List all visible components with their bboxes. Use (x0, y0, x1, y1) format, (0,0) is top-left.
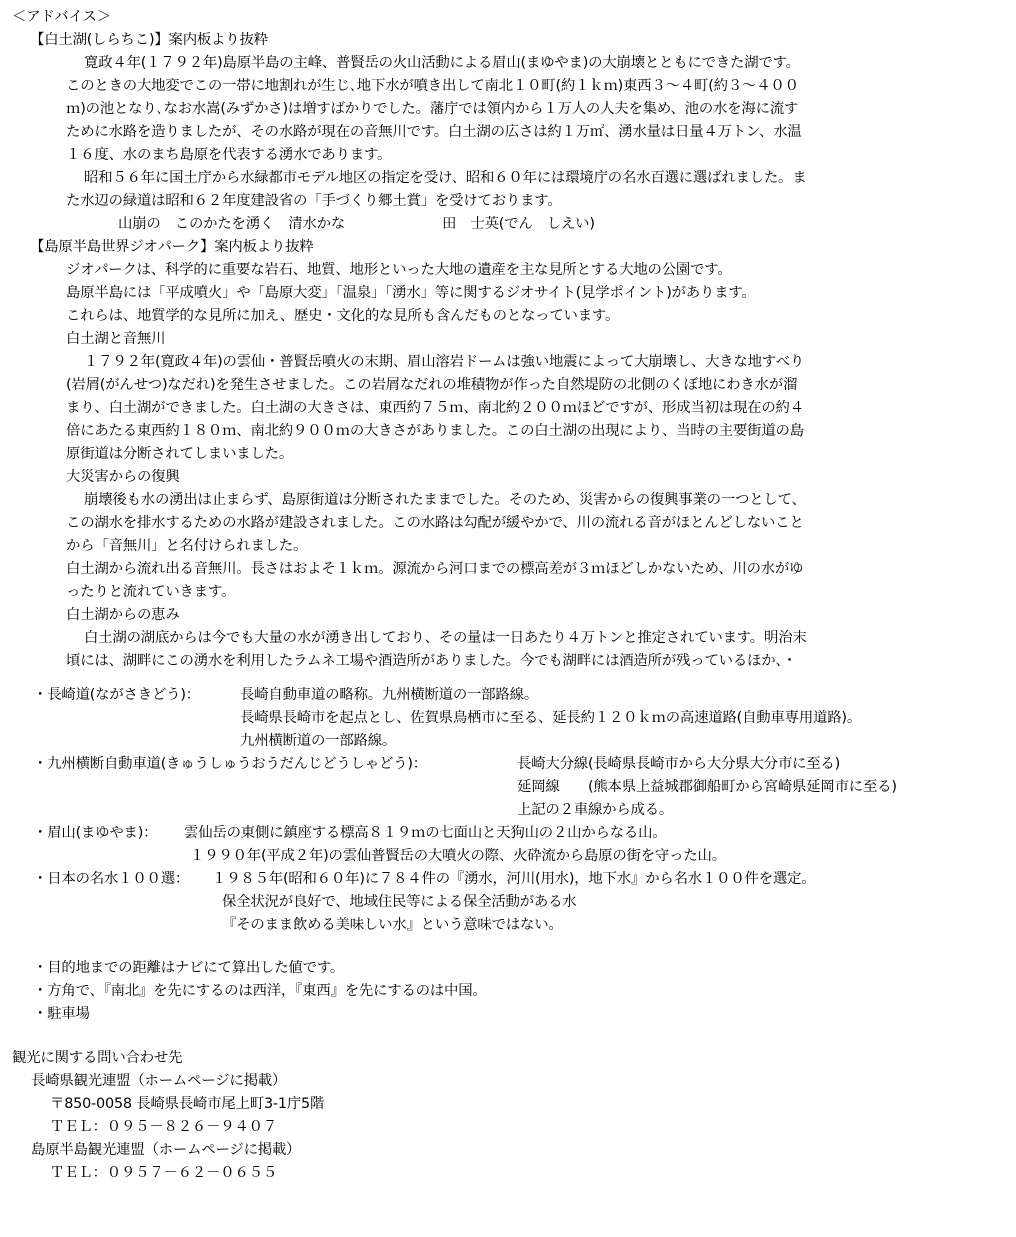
glossary-line: 保全状況が良好で、地域住民等による保全活動がある水 (222, 891, 576, 913)
geopark-line: 白土湖から流れ出る音無川。長さはおよそ１ｋｍ。源流から河口までの標高差が３ｍほど… (66, 558, 803, 580)
glossary-line: １９９０年(平成２年)の雲仙普賢岳の大噴火の際、火砕流から島原の街を守った山。 (190, 845, 726, 867)
geopark-line: まり、白土湖ができました。白土湖の大きさは、東西約７５ｍ、南北約２００ｍほどです… (66, 397, 804, 419)
glossary-term: ・眉山(まゆやま)： (33, 822, 157, 844)
glossary-line: 雲仙岳の東側に鎮座する標高８１９ｍの七面山と天狗山の２山からなる山。 (184, 822, 666, 844)
shirachiko-line: このときの大地変でこの一帯に地割れが生じ､地下水が噴き出して南北１０町(約１ｋｍ… (66, 75, 799, 97)
glossary-line: 上記の２車線から成る。 (517, 799, 673, 821)
glossary-line: 『そのまま飲める美味しい水』という意味ではない。 (222, 914, 563, 936)
contact-org: 長崎県観光連盟（ホームページに掲載） (31, 1070, 286, 1092)
shirachiko-line: １６度、水のまち島原を代表する湧水であります。 (66, 144, 391, 166)
glossary-term: ・九州横断自動車道(きゅうしゅうおうだんじどうしゃどう)： (33, 753, 427, 775)
contact-address: 〒850-0058 長崎県長崎市尾上町3-1庁5階 (50, 1093, 324, 1115)
shirachiko-line: 寛政４年(１７９２年)島原半島の主峰、普賢岳の火山活動による眉山(まゆやま)の大… (84, 52, 800, 74)
shirachiko-line: 昭和５６年に国土庁から水緑都市モデル地区の指定を受け、昭和６０年には環境庁の名水… (84, 167, 806, 189)
shirachiko-line: ｍ)の池となり､なお水嵩(みずかさ)は増すばかりでした。藩庁では領内から１万人の… (66, 98, 798, 120)
glossary-line: 長崎大分線(長崎県長崎市から大分県大分市に至る) (517, 753, 840, 775)
geopark-line: 白土湖の湖底からは今でも大量の水が湧き出しており、その量は一日あたり４万トンと推… (84, 627, 807, 649)
geopark-line: ったりと流れていきます。 (66, 581, 235, 603)
geopark-heading: 【島原半島世界ジオパーク】案内板より抜粋 (30, 236, 314, 258)
glossary-line: 長崎県長崎市を起点とし、佐賀県鳥栖市に至る、延長約１２０ｋｍの高速道路(自動車専… (240, 707, 861, 729)
glossary-term: ・長崎道(ながさきどう)： (33, 684, 200, 706)
geopark-line: １７９２年(寛政４年)の雲仙・普賢岳噴火の末期、眉山溶岩ドームは強い地震によって… (84, 351, 804, 373)
geopark-subheading: 白土湖からの恵み (66, 604, 180, 626)
geopark-line: 倍にあたる東西約１８０ｍ、南北約９００ｍの大きさがありました。この白土湖の出現に… (66, 420, 804, 442)
geopark-subheading: 白土湖と音無川 (66, 328, 165, 350)
contact-tel: ＴＥＬ：０９５７－６２－０６５５ (50, 1162, 277, 1184)
geopark-intro-line: ジオパークは、科学的に重要な岩石、地質、地形といった大地の遺産を主な見所とする大… (66, 259, 732, 281)
note-line: ・目的地までの距離はナビにて算出した値です。 (33, 957, 344, 979)
glossary-line: 延岡線 (熊本県上益城郡御船町から宮崎県延岡市に至る) (517, 776, 897, 798)
shirachiko-heading: 【白土湖(しらちこ)】案内板より抜粋 (30, 29, 268, 51)
geopark-intro-line: 島原半島には「平成噴火」や「島原大変」「温泉」「湧水」等に関するジオサイト(見学… (66, 282, 756, 304)
geopark-intro-line: これらは、地質学的な見所に加え、歴史・文化的な見所も含んだものとなっています。 (66, 305, 619, 327)
geopark-line: 原街道は分断されてしまいました。 (66, 443, 293, 465)
haiku: 山崩の このかたを湧く 清水かな (118, 213, 345, 235)
geopark-line: (岩屑(がんせつ)なだれ)を発生させました。この岩屑なだれの堆積物が作った自然堤… (66, 374, 797, 396)
geopark-line: 頃には、湖畔にこの湧水を利用したラムネ工場や酒造所がありました。今でも湖畔には酒… (66, 650, 797, 672)
geopark-line: 崩壊後も水の湧出は止まらず、島原街道は分断されたままでした。そのため、災害からの… (84, 489, 806, 511)
contact-org: 島原半島観光連盟（ホームページに掲載） (31, 1139, 300, 1161)
advice-title: ＜アドバイス＞ (12, 6, 111, 28)
glossary-line: 長崎自動車道の略称。九州横断道の一部路線。 (240, 684, 538, 706)
contact-title: 観光に関する問い合わせ先 (12, 1047, 182, 1069)
glossary-line: １９８５年(昭和６０年)に７８４件の『湧水，河川(用水)，地下水』から名水１００… (212, 868, 815, 890)
haiku-author: 田 士英(でん しえい) (442, 213, 595, 235)
shirachiko-line: た水辺の緑道は昭和６２年度建設省の「手づくり郷土賞」を受けております。 (66, 190, 562, 212)
geopark-subheading: 大災害からの復興 (66, 466, 180, 488)
note-line: ・方角で、『南北』を先にするのは西洋，『東西』を先にするのは中国。 (33, 980, 487, 1002)
glossary-term: ・日本の名水１００選： (33, 868, 189, 890)
geopark-line: から「音無川」と名付けられました。 (66, 535, 307, 557)
geopark-line: この湖水を排水するための水路が建設されました。この水路は勾配が緩やかで、川の流れ… (66, 512, 804, 534)
shirachiko-line: ために水路を造りましたが、その水路が現在の音無川です。白土湖の広さは約１万㎡、湧… (66, 121, 802, 143)
note-line: ・駐車場 (33, 1003, 90, 1025)
glossary-line: 九州横断道の一部路線。 (240, 730, 396, 752)
contact-tel: ＴＥＬ：０９５－８２６－９４０７ (50, 1116, 277, 1138)
